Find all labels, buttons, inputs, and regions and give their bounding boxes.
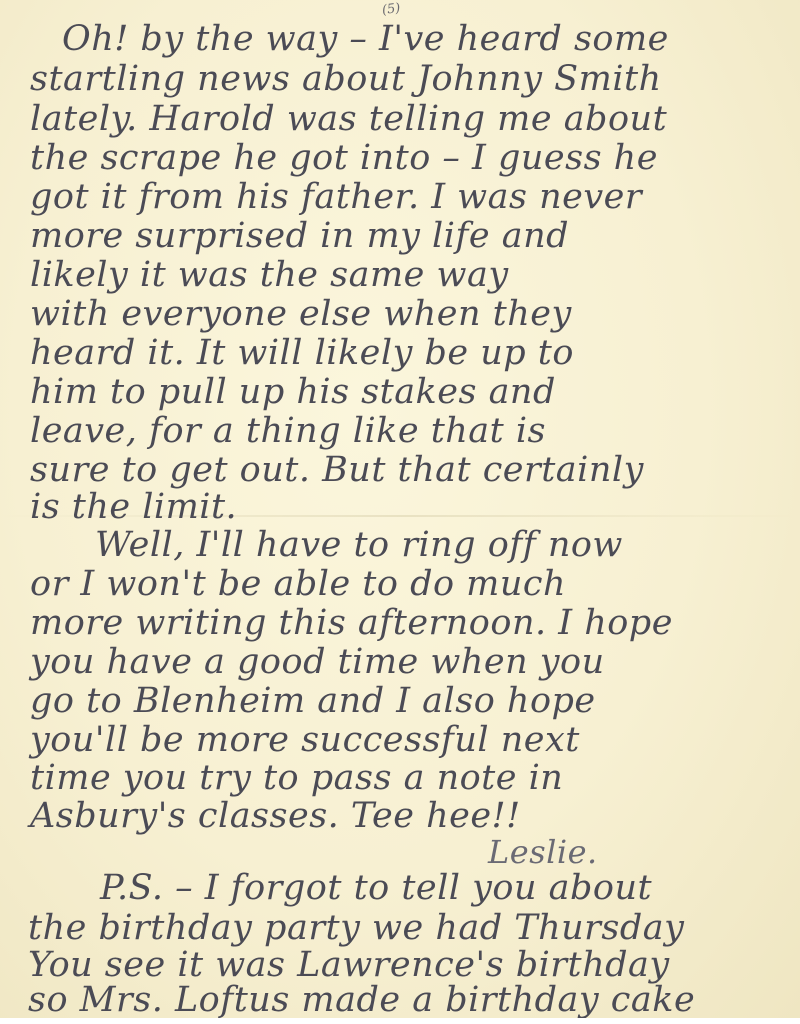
letter-line: time you try to pass a note in	[30, 761, 563, 796]
letter-line: Well, I'll have to ring off now	[95, 528, 623, 563]
letter-page: (5) Oh! by the way – I've heard somestar…	[0, 0, 800, 1018]
letter-line: heard it. It will likely be up to	[30, 336, 574, 371]
signature: Leslie.	[488, 836, 598, 868]
letter-line: Asbury's classes. Tee hee!!	[30, 799, 521, 834]
letter-line: is the limit.	[30, 490, 237, 525]
letter-line: lately. Harold was telling me about	[30, 102, 667, 137]
letter-line: Oh! by the way – I've heard some	[62, 22, 669, 57]
postscript-line: P.S. – I forgot to tell you about	[100, 871, 652, 906]
postscript-line: so Mrs. Loftus made a birthday cake	[28, 983, 695, 1018]
letter-line: you'll be more successful next	[30, 723, 580, 758]
postscript-line: You see it was Lawrence's birthday	[28, 948, 670, 983]
letter-line: more surprised in my life and	[30, 219, 569, 254]
letter-line: startling news about Johnny Smith	[30, 62, 662, 97]
letter-line: leave, for a thing like that is	[30, 414, 546, 449]
letter-line: got it from his father. I was never	[30, 180, 642, 215]
letter-line: you have a good time when you	[30, 645, 605, 680]
letter-line: him to pull up his stakes and	[30, 375, 556, 410]
letter-body: Oh! by the way – I've heard somestartlin…	[0, 0, 800, 1018]
letter-line: sure to get out. But that certainly	[30, 453, 644, 488]
letter-line: more writing this afternoon. I hope	[30, 606, 673, 641]
postscript-line: the birthday party we had Thursday	[28, 911, 684, 946]
letter-line: with everyone else when they	[30, 297, 572, 332]
letter-line: likely it was the same way	[30, 258, 509, 293]
letter-line: or I won't be able to do much	[30, 567, 566, 602]
letter-line: go to Blenheim and I also hope	[30, 684, 596, 719]
letter-line: the scrape he got into – I guess he	[30, 141, 658, 176]
